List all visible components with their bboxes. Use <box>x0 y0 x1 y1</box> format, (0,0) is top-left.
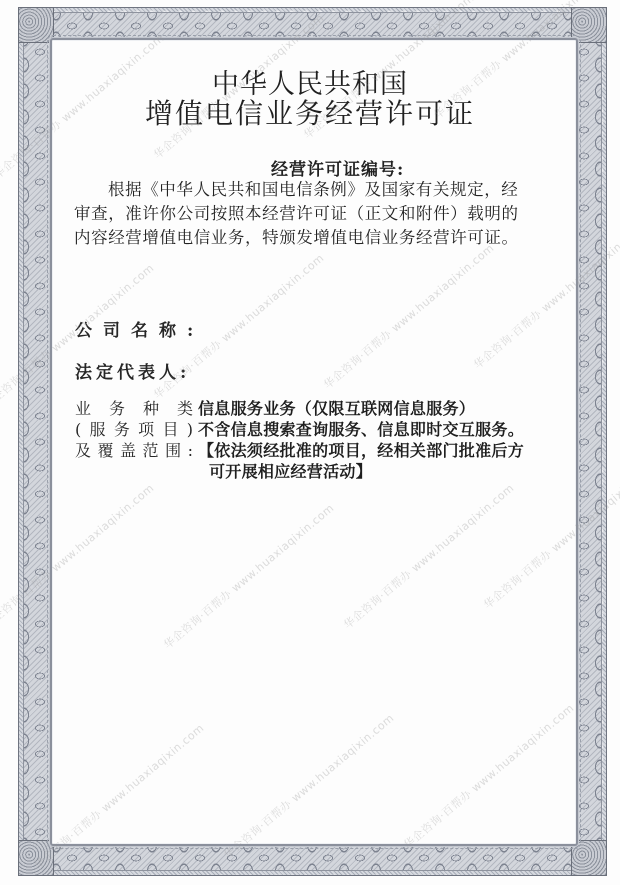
company-name-label: 公司名称: <box>75 316 204 341</box>
scope-label-line-1: 业务种类 <box>75 398 193 419</box>
preamble-paragraph: 根据《中华人民共和国电信条例》及国家有关规定，经 审查，准许你公司按照本经营许可… <box>74 178 574 250</box>
business-scope-values: 信息服务业务（仅限互联网信息服务） 不含信息搜索查询服务、信息即时交互服务。 【… <box>198 398 588 482</box>
legal-representative-label: 法定代表人: <box>75 358 190 383</box>
scope-value-line-1: 信息服务业务（仅限互联网信息服务） <box>198 398 588 419</box>
preamble-line-2: 审查，准许你公司按照本经营许可证（正文和附件）载明的 <box>74 202 574 226</box>
certificate-page: 中华人民共和国 增值电信业务经营许可证 经营许可证编号: 根据《中华人民共和国电… <box>0 0 620 885</box>
corner-ornament-bottom-left <box>18 840 54 876</box>
corner-ornament-top-left <box>18 7 54 43</box>
license-number-label: 经营许可证编号: <box>271 155 404 180</box>
business-scope-labels: 业务种类 (服务项目) 及覆盖范围: <box>75 398 195 461</box>
scope-label-line-3: 及覆盖范围: <box>75 440 193 461</box>
scope-value-line-4: 可开展相应经营活动】 <box>198 461 588 482</box>
preamble-line-1: 根据《中华人民共和国电信条例》及国家有关规定，经 <box>108 180 518 199</box>
scope-label-line-2: (服务项目) <box>75 419 193 440</box>
preamble-line-3: 内容经营增值电信业务，特颁发增值电信业务经营许可证。 <box>74 226 574 250</box>
certificate-title-license: 增值电信业务经营许可证 <box>0 92 620 132</box>
scope-value-line-3: 【依法须经批准的项目，经相关部门批准后方 <box>198 440 588 461</box>
scope-value-line-2: 不含信息搜索查询服务、信息即时交互服务。 <box>198 419 588 440</box>
